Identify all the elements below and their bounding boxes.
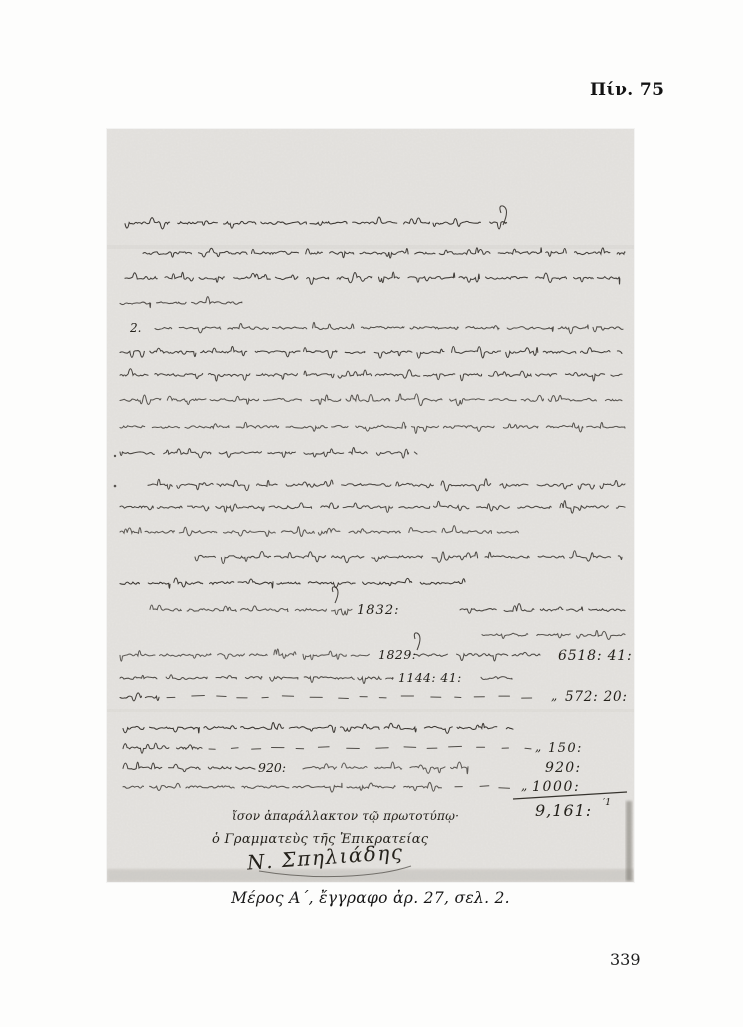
page-number: 339	[610, 950, 641, 969]
closing-line: ἴσον ἀπαράλλακτον τῷ πρωτοτύπῳ·	[232, 809, 459, 823]
amount-order: 150:	[548, 741, 583, 756]
ditto-mark: „	[535, 740, 541, 754]
margin-dot	[114, 485, 117, 488]
ditto-mark: „	[551, 689, 557, 703]
manuscript-rendering: 2. 1832: 1829: 6518: 41: 1144: 41: „ 572…	[107, 129, 634, 882]
amount-rations: 920:	[545, 760, 581, 776]
amount-total-superscript: ′1	[603, 797, 611, 808]
amount-total: 9,161:	[535, 801, 592, 820]
paragraph-number: 2.	[129, 321, 141, 335]
start-year: 1829:	[378, 647, 417, 662]
margin-dot	[114, 455, 116, 457]
amount-compensation: 1000:	[532, 779, 580, 795]
ditto-mark: „	[521, 779, 527, 793]
manuscript-scan-image: 2. 1832: 1829: 6518: 41: 1144: 41: „ 572…	[107, 129, 634, 882]
caption: Μέρος Α΄, ἔγγραφο ἀρ. 27, σελ. 2.	[107, 889, 634, 907]
amount-interest-inline: 1144: 41:	[398, 670, 462, 685]
plate-label: Πίν. 75	[590, 80, 664, 100]
amount-carry: 572: 20:	[565, 689, 628, 705]
paper-crease-middle	[107, 709, 634, 712]
date-year: 1832:	[357, 603, 399, 618]
amount-capital: 6518: 41:	[558, 648, 633, 664]
paper-crease-top	[107, 245, 634, 249]
bottom-shadow-band	[107, 869, 634, 882]
amount-rations-inline: 920:	[258, 760, 286, 775]
book-page: { "page": { "plate_label": "Πίν. 75", "c…	[0, 0, 743, 1027]
right-edge-shadow	[626, 801, 632, 881]
